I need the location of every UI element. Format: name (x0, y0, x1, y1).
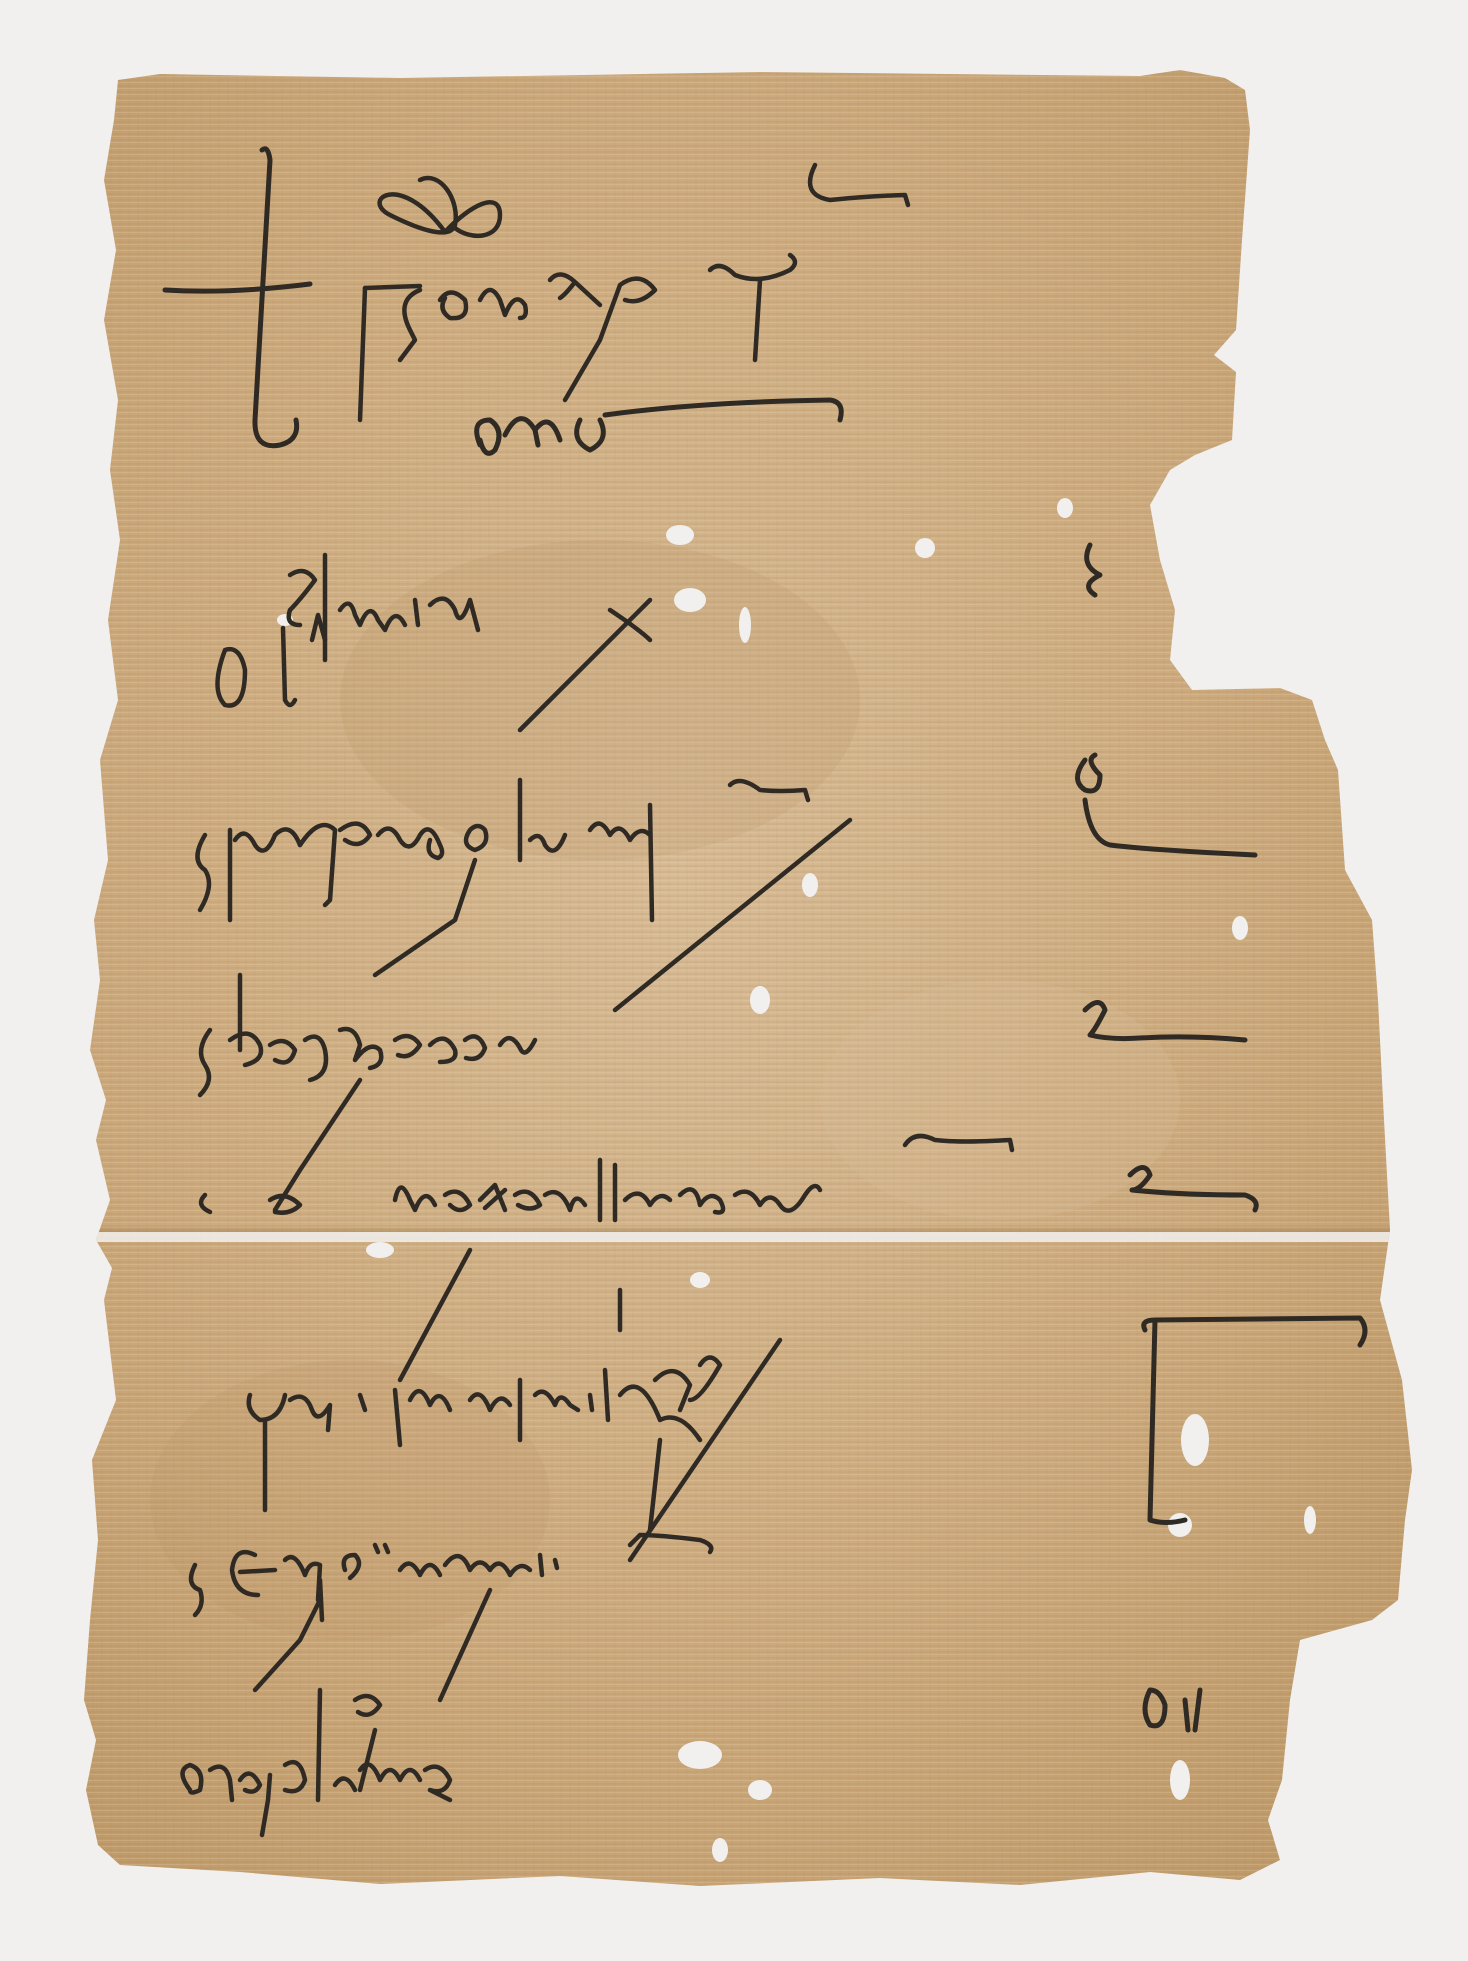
papyrus-sheet (0, 0, 1468, 1961)
papyrus-photo (0, 0, 1468, 1961)
papyrus-illustration (0, 0, 1468, 1961)
